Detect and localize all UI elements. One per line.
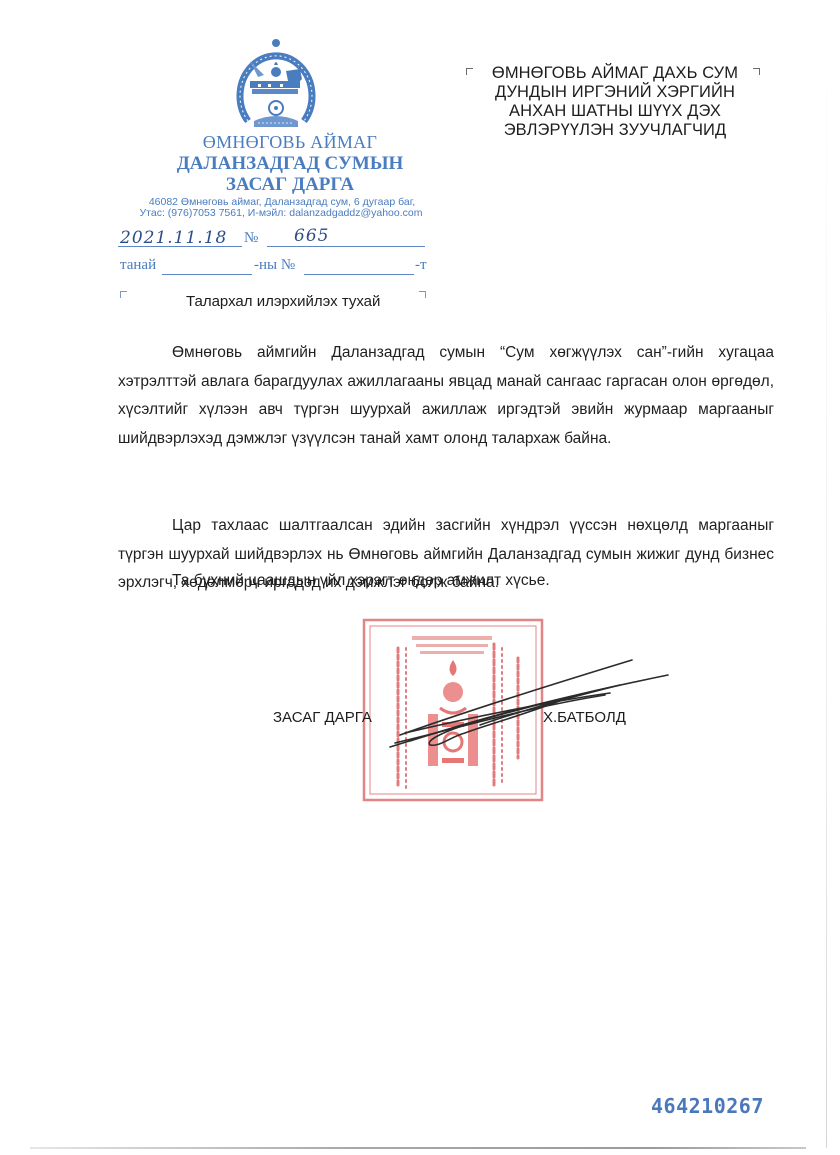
letterhead-soum: ДАЛАНЗАДГАД СУМЫН: [140, 153, 440, 175]
handwritten-signature-icon: [370, 655, 670, 755]
subject-line: Талархал илэрхийлэх тухай: [186, 293, 380, 310]
recipient-line: АНХАН ШАТНЫ ШҮҮХ ДЭХ: [470, 102, 760, 121]
number-label: №: [244, 230, 258, 247]
signatory-title: ЗАСАГ ДАРГА: [273, 709, 372, 726]
page-edge-right: [826, 0, 827, 1148]
number-underline: [267, 246, 425, 247]
date-underline: [118, 246, 242, 247]
number-handwritten: 665: [294, 226, 329, 246]
recipient-line: ӨМНӨГОВЬ АЙМАГ ДАХЬ СУМ: [470, 64, 760, 83]
your-label: танай: [120, 257, 156, 274]
body-paragraph-text: Өмнөговь аймгийн Даланзадгад сумын “Сум …: [118, 344, 774, 447]
body-closing: Та бүхний цаашдын үйл хэрэгт өндөр амжил…: [172, 567, 772, 596]
your-date-underline: [162, 274, 252, 275]
ny-number-label: -ны №: [254, 257, 295, 274]
recipient-line: ДУНДЫН ИРГЭНИЙ ХЭРГИЙН: [470, 83, 760, 102]
t-suffix: -т: [415, 257, 427, 274]
recipient-line: ЭВЛЭРҮҮЛЭН ЗУУЧЛАГЧИД: [470, 121, 760, 140]
letterhead-province: ӨМНӨГОВЬ АЙМАГ: [140, 132, 440, 153]
date-handwritten: 2021.11.18: [120, 228, 227, 248]
serial-number: 464210267: [651, 1094, 764, 1118]
letterhead-contact: Утас: (976)7053 7561, И-мэйл: dalanzadga…: [121, 207, 441, 219]
letterhead-governor: ЗАСАГ ДАРГА: [140, 174, 440, 196]
page-edge-bottom: [30, 1147, 806, 1149]
body-paragraph: Өмнөговь аймгийн Даланзадгад сумын “Сум …: [118, 339, 774, 453]
state-emblem-icon: [228, 35, 324, 135]
your-number-underline: [304, 274, 414, 275]
subject-corner-left: [120, 291, 127, 298]
subject-corner-right: [419, 291, 426, 298]
